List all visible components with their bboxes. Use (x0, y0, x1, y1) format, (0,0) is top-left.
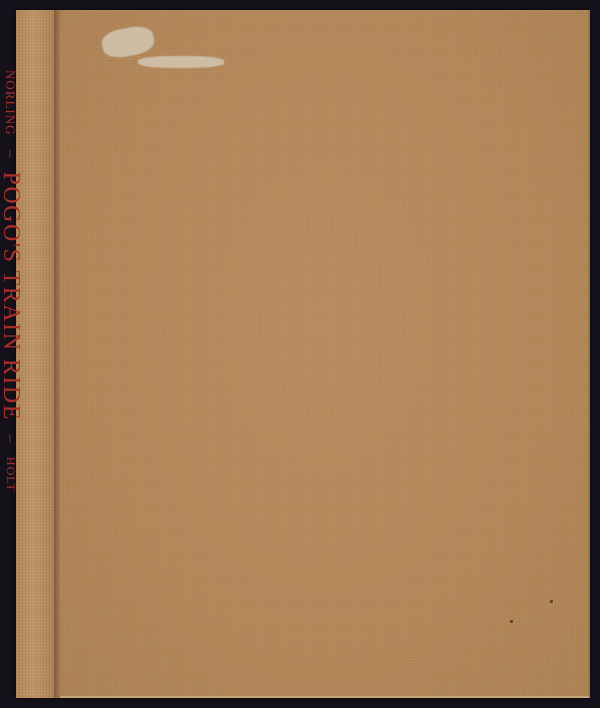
front-cover (60, 10, 590, 698)
spine-author: NORLING (3, 70, 19, 136)
spine-separator: – (2, 435, 20, 443)
stain-spot (550, 600, 553, 603)
wear-mark (100, 24, 156, 61)
spine-text: NORLING – POGO'S TRAIN RIDE – HOLT (0, 70, 24, 630)
spine-title: POGO'S TRAIN RIDE (0, 172, 24, 421)
stain-spot (510, 620, 513, 623)
spine-separator: – (2, 150, 20, 158)
book: NORLING – POGO'S TRAIN RIDE – HOLT (16, 10, 590, 698)
wear-mark (138, 56, 224, 68)
photo-background: NORLING – POGO'S TRAIN RIDE – HOLT (0, 0, 600, 708)
book-spine: NORLING – POGO'S TRAIN RIDE – HOLT (16, 10, 56, 698)
spine-publisher: HOLT (3, 457, 18, 492)
